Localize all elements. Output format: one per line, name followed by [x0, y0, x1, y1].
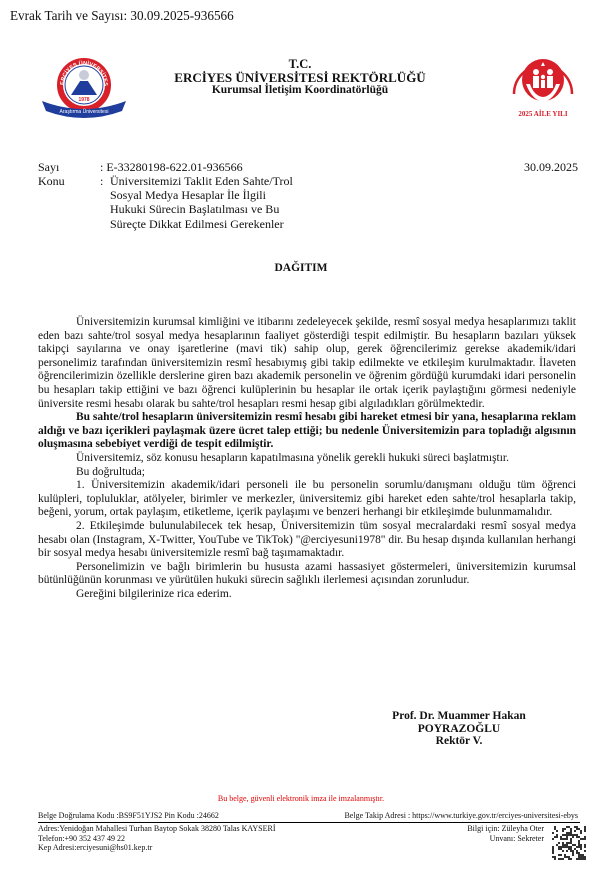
sayi-value: : E-33280198-622.01-936566 — [100, 160, 243, 174]
list-item: 1. Üniversitemizin akademik/idari person… — [38, 479, 576, 520]
signatory-surname: POYRAZOĞLU — [370, 723, 548, 736]
qr-code-icon — [552, 826, 586, 860]
info-contact: Bilgi için: Züleyha Oter Unvanı: Sekrete… — [440, 824, 544, 843]
subject: Üniversitemizi Taklit Eden Sahte/Trol So… — [110, 174, 370, 231]
kep-address: Kep Adresi:erciyesuni@hs01.kep.tr — [38, 843, 276, 853]
svg-text:2025 AİLE YILI: 2025 AİLE YILI — [518, 110, 567, 118]
unit-name: Kurumsal İletişim Koordinatörlüğü — [130, 84, 470, 97]
verification-code: Belge Doğrulama Kodu :BS9F51YJS2 Pin Kod… — [38, 811, 219, 821]
signature-block: Prof. Dr. Muammer Hakan POYRAZOĞLU Rektö… — [370, 710, 548, 748]
erciyes-university-seal-icon: 1978 Araştırma Üniversitesi ERCİYES ÜNİV… — [38, 55, 130, 121]
svg-text:1978: 1978 — [78, 97, 89, 103]
sayi-label: Sayı — [38, 160, 59, 174]
footer-divider — [38, 822, 580, 823]
subject-line: Sosyal Medya Hesaplar İle İlgili — [110, 188, 370, 202]
distribution-heading: DAĞITIM — [0, 262, 602, 274]
letterhead: T.C. ERCİYES ÜNİVERSİTESİ REKTÖRLÜĞÜ Kur… — [130, 58, 470, 97]
institution-name: ERCİYES ÜNİVERSİTESİ REKTÖRLÜĞÜ — [130, 71, 470, 84]
paragraph: Gereğini bilgilerinize rica ederim. — [38, 588, 576, 602]
svg-text:Araştırma Üniversitesi: Araştırma Üniversitesi — [60, 108, 109, 115]
paragraph: Üniversitemizin kurumsal kimliğini ve it… — [38, 316, 576, 411]
info-person: Bilgi için: Züleyha Oter — [440, 824, 544, 834]
list-item: 2. Etkileşimde bulunulabilecek tek hesap… — [38, 520, 576, 561]
tracking-address-link[interactable]: Belge Takip Adresi : https://www.turkiye… — [344, 811, 578, 821]
konu-label: Konu — [38, 174, 65, 188]
document-date: 30.09.2025 — [524, 160, 578, 174]
paragraph: Üniversitemiz, söz konusu hesapların kap… — [38, 452, 576, 466]
signatory-name: Prof. Dr. Muammer Hakan — [370, 710, 548, 723]
subject-line: Hukuki Sürecin Başlatılması ve Bu — [110, 202, 370, 216]
phone: Telefon:+90 352 437 49 22 — [38, 834, 276, 844]
subject-line: Üniversitemizi Taklit Eden Sahte/Trol — [110, 174, 370, 188]
family-year-emblem-icon: 2025 AİLE YILI — [506, 50, 580, 120]
paragraph: Personelimizin ve bağlı birimlerin bu hu… — [38, 561, 576, 588]
signatory-title: Rektör V. — [370, 735, 548, 748]
paragraph-emphasis: Bu sahte/trol hesapların üniversitemizin… — [38, 411, 576, 452]
paragraph: Bu doğrultuda; — [38, 466, 576, 480]
address: Adres:Yenidoğan Mahallesi Turhan Baytop … — [38, 824, 276, 834]
document-reference: Evrak Tarih ve Sayısı: 30.09.2025-936566 — [10, 8, 234, 24]
esign-notice: Bu belge, güvenli elektronik imza ile im… — [0, 794, 602, 803]
konu-colon: : — [100, 174, 103, 188]
subject-line: Süreçte Dikkat Edilmesi Gerekenler — [110, 217, 370, 231]
contact-address: Adres:Yenidoğan Mahallesi Turhan Baytop … — [38, 824, 276, 853]
letter-body: Üniversitemizin kurumsal kimliğini ve it… — [38, 316, 576, 601]
info-title: Unvanı: Sekreter — [440, 834, 544, 844]
